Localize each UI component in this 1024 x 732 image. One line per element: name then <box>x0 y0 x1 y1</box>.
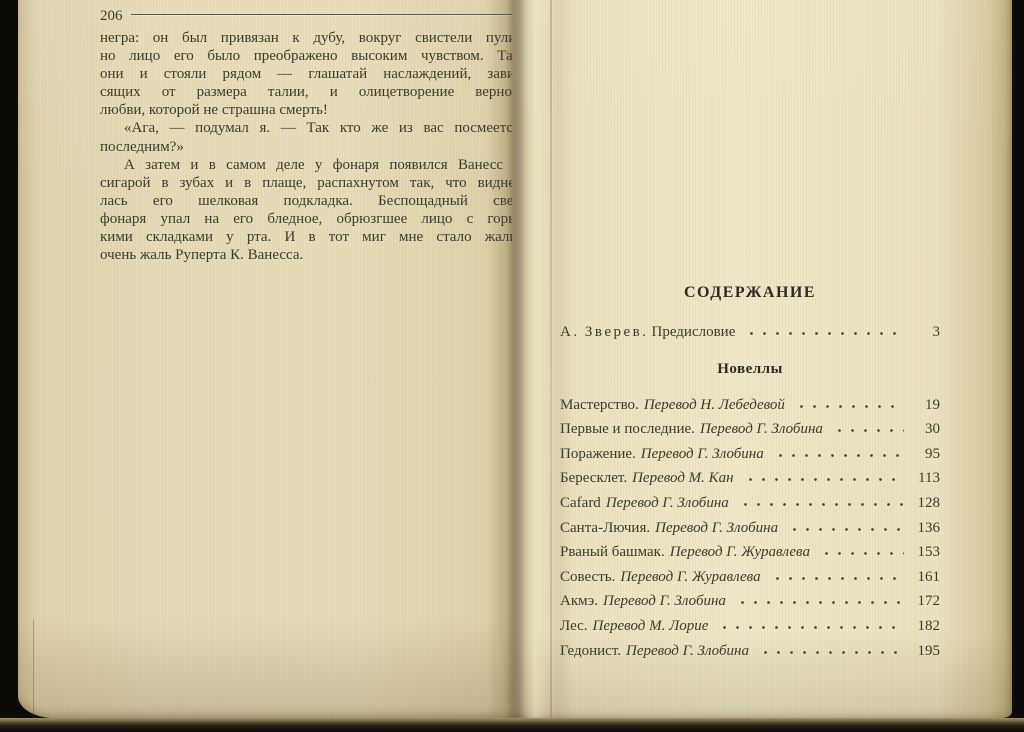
toc-list: Мастерство. Перевод Н. Лебедевой 19 Перв… <box>560 389 940 660</box>
text-line: но лицо его было преображено высоким чув… <box>100 47 520 65</box>
dot-leader <box>744 474 904 485</box>
toc-entry-page: 182 <box>912 618 940 635</box>
toc-entry-title: Первые и последние. <box>560 421 695 438</box>
toc-entry-page: 113 <box>912 470 940 487</box>
toc-entry-title: Рваный башмак. <box>560 544 665 561</box>
page-number: 206 <box>100 8 123 24</box>
header-rule <box>131 14 521 15</box>
toc-entry-page: 153 <box>912 544 940 561</box>
text-line: «Ага, — подумал я. — Так кто же из вас п… <box>100 119 520 137</box>
toc-entry-translator: Перевод Г. Журавлева <box>670 544 810 561</box>
text-line: любви, которой не страшна смерть! <box>100 101 520 119</box>
toc-entry-title: Совесть. <box>560 569 615 586</box>
toc-entry-translator: Перевод Г. Злобина <box>655 520 778 537</box>
text-line: сящих от размера талии, и олицетворение … <box>100 83 520 101</box>
toc-entry-title: Поражение. <box>560 446 636 463</box>
dot-leader <box>745 328 904 339</box>
toc-entry-page: 195 <box>912 643 940 660</box>
text-line: кими складками у рта. И в тот миг мне ст… <box>100 228 520 246</box>
book-spread: 206 негра: он был привязан к дубу, вокру… <box>0 0 1024 732</box>
toc-entry-translator: Перевод Г. Злобина <box>641 446 764 463</box>
text-line: они и стояли рядом — глашатай наслаждени… <box>100 65 520 83</box>
toc-entry-page: 136 <box>912 520 940 537</box>
toc-entry-translator: Перевод М. Кан <box>632 470 734 487</box>
toc-entry-translator: Перевод Г. Злобина <box>700 421 823 438</box>
toc-entry-page: 30 <box>912 421 940 438</box>
toc-entry-translator: Перевод Г. Злобина <box>626 643 749 660</box>
table-of-contents: СОДЕРЖАНИЕ А. Зверев. Предисловие 3 Нове… <box>560 0 940 718</box>
right-page: СОДЕРЖАНИЕ А. Зверев. Предисловие 3 Нове… <box>512 0 1012 718</box>
toc-entry: Лес. Перевод М. Лорие 182 <box>560 610 940 635</box>
left-page: 206 негра: он был привязан к дубу, вокру… <box>18 0 512 718</box>
contents-title: СОДЕРЖАНИЕ <box>560 284 940 302</box>
toc-entry: Санта-Лючия. Перевод Г. Злобина 136 <box>560 512 940 537</box>
toc-entry-title: Гедонист. <box>560 643 621 660</box>
running-head: 206 <box>100 8 520 24</box>
page-edge-seam <box>33 620 34 716</box>
book-bottom-edge <box>0 718 1024 732</box>
toc-entry: Поражение. Перевод Г. Злобина 95 <box>560 438 940 463</box>
text-line: очень жаль Руперта К. Ванесса. <box>100 246 520 264</box>
toc-entry: Акмэ. Перевод Г. Злобина 172 <box>560 586 940 611</box>
text-line: лась его шелковая подкладка. Беспощадный… <box>100 192 520 210</box>
prose-text-block: негра: он был привязан к дубу, вокруг св… <box>100 29 520 264</box>
section-title: Новеллы <box>560 361 940 378</box>
toc-entry: Бересклет. Перевод М. Кан 113 <box>560 463 940 488</box>
toc-entry-title: Мастерство. <box>560 397 639 414</box>
dot-leader <box>739 499 904 510</box>
toc-entry: Гедонист. Перевод Г. Злобина 195 <box>560 635 940 660</box>
text-line: негра: он был привязан к дубу, вокруг св… <box>100 29 520 47</box>
toc-entry-title: Акмэ. <box>560 593 598 610</box>
preface-page-number: 3 <box>912 324 940 341</box>
preface-title: Предисловие <box>652 324 736 341</box>
toc-entry-title: Санта-Лючия. <box>560 520 650 537</box>
toc-entry: Мастерство. Перевод Н. Лебедевой 19 <box>560 389 940 414</box>
toc-entry-page: 161 <box>912 569 940 586</box>
dot-leader <box>759 647 904 658</box>
toc-entry-translator: Перевод Г. Злобина <box>606 495 729 512</box>
dot-leader <box>774 450 904 461</box>
toc-entry-page: 95 <box>912 446 940 463</box>
dot-leader <box>736 597 904 608</box>
text-line: последним?» <box>100 138 520 156</box>
toc-entry-translator: Перевод Г. Злобина <box>603 593 726 610</box>
toc-entry-title: Cafard <box>560 495 601 512</box>
dot-leader <box>833 425 904 436</box>
dot-leader <box>820 548 904 559</box>
toc-entry-translator: Перевод Г. Журавлева <box>620 569 760 586</box>
toc-entry-page: 172 <box>912 593 940 610</box>
preface-author: А. Зверев. <box>560 324 649 341</box>
toc-entry-translator: Перевод М. Лорие <box>593 618 709 635</box>
toc-entry: Совесть. Перевод Г. Журавлева 161 <box>560 561 940 586</box>
page-crease <box>550 0 552 718</box>
toc-entry-title: Лес. <box>560 618 588 635</box>
toc-entry: Рваный башмак. Перевод Г. Журавлева 153 <box>560 537 940 562</box>
toc-preface-entry: А. Зверев. Предисловие 3 <box>560 316 940 341</box>
toc-entry-title: Бересклет. <box>560 470 627 487</box>
text-line: сигарой в зубах и в плаще, распахнутом т… <box>100 174 520 192</box>
toc-entry-page: 19 <box>912 397 940 414</box>
dot-leader <box>771 573 904 584</box>
dot-leader <box>795 401 904 412</box>
dot-leader <box>788 524 904 535</box>
toc-entry-page: 128 <box>912 495 940 512</box>
toc-entry: Cafard Перевод Г. Злобина 128 <box>560 487 940 512</box>
text-line: фонаря упал на его бледное, обрюзгшее ли… <box>100 210 520 228</box>
toc-entry-translator: Перевод Н. Лебедевой <box>644 397 785 414</box>
dot-leader <box>718 622 904 633</box>
toc-entry: Первые и последние. Перевод Г. Злобина 3… <box>560 414 940 439</box>
text-line: А затем и в самом деле у фонаря появился… <box>100 156 520 174</box>
